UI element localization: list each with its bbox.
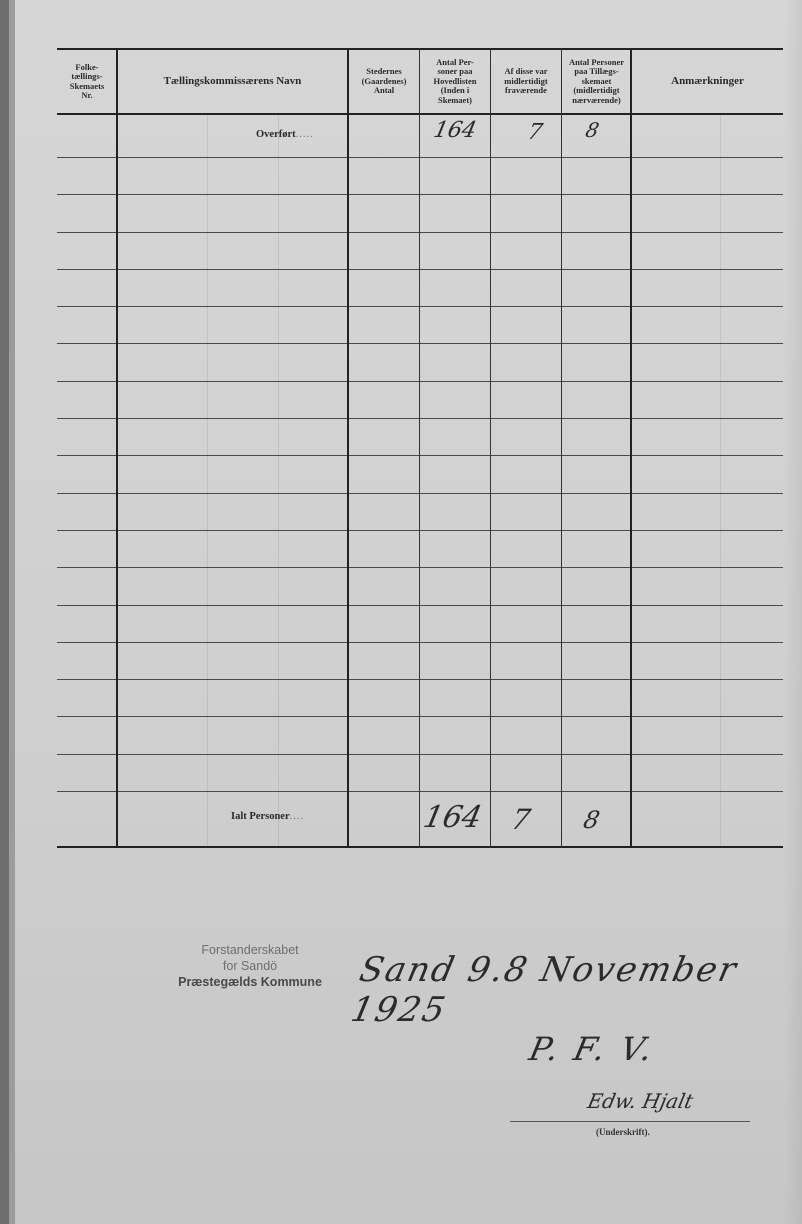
- municipal-stamp: Forstanderskabet for Sandö Præstegælds K…: [150, 942, 350, 990]
- guide-line: [278, 114, 279, 847]
- row-line: [57, 269, 783, 270]
- header-remarks: Anmærkninger: [632, 50, 783, 113]
- column-divider: [419, 48, 420, 848]
- total-persons-label: Ialt Personer....: [231, 811, 304, 822]
- header-places-count: Stedernes (Gaardenes) Antal: [349, 50, 419, 113]
- header-temporarily-absent: Af disse var midlertidigt fraværende: [491, 50, 561, 113]
- row-line: [57, 567, 783, 568]
- dot-leader: ....: [290, 811, 305, 822]
- row-line: [57, 493, 783, 494]
- guide-line: [720, 114, 721, 847]
- table-bottom-border: [57, 846, 783, 848]
- scan-edge: [0, 0, 9, 1224]
- initials-handwritten: P. F. V.: [526, 1030, 659, 1068]
- carried-forward-label: Overført.....: [256, 129, 314, 140]
- total-persons-text: Ialt Personer: [231, 811, 290, 822]
- place-date-handwritten: Sand 9.8 November 1925: [347, 950, 802, 1030]
- row-line: [57, 530, 783, 531]
- dot-leader: .....: [296, 129, 314, 140]
- signature-caption: (Underskrift).: [596, 1127, 650, 1137]
- header-commissioner-name: Tællingskommissærens Navn: [117, 50, 348, 113]
- signature-handwritten: Edw. Hjalt: [585, 1089, 695, 1113]
- column-divider: [347, 48, 349, 848]
- row-line: [57, 791, 783, 792]
- row-line: [57, 679, 783, 680]
- column-divider: [490, 48, 491, 848]
- column-divider: [561, 48, 562, 848]
- row-line: [57, 194, 783, 195]
- carried-persons-main: 164: [431, 118, 478, 143]
- page-shade: [784, 0, 802, 1224]
- row-line: [57, 455, 783, 456]
- row-line: [57, 157, 783, 158]
- header-persons-supplement: Antal Personer paa Tillægs- skemaet (mid…: [562, 50, 631, 113]
- guide-line: [207, 114, 208, 847]
- carried-forward-text: Overført: [256, 129, 296, 140]
- row-line: [57, 605, 783, 606]
- header-bottom-border: [57, 113, 783, 115]
- header-skema-nr: Folke- tællings- Skemaets Nr.: [57, 50, 117, 113]
- row-line: [57, 716, 783, 717]
- column-divider: [630, 48, 632, 848]
- total-persons-main: 164: [420, 800, 485, 835]
- stamp-line-2: for Sandö: [150, 958, 350, 974]
- row-line: [57, 343, 783, 344]
- stamp-line-1: Forstanderskabet: [150, 942, 350, 958]
- row-line: [57, 381, 783, 382]
- row-line: [57, 754, 783, 755]
- census-form-page: [15, 0, 802, 1224]
- row-line: [57, 232, 783, 233]
- signature-line: [510, 1121, 750, 1122]
- header-persons-main-list: Antal Per- soner paa Hovedlisten (Inden …: [420, 50, 490, 113]
- stamp-line-3: Præstegælds Kommune: [150, 974, 350, 990]
- row-line: [57, 306, 783, 307]
- table-top-border: [57, 48, 783, 50]
- row-line: [57, 642, 783, 643]
- row-line: [57, 418, 783, 419]
- column-divider: [116, 48, 118, 848]
